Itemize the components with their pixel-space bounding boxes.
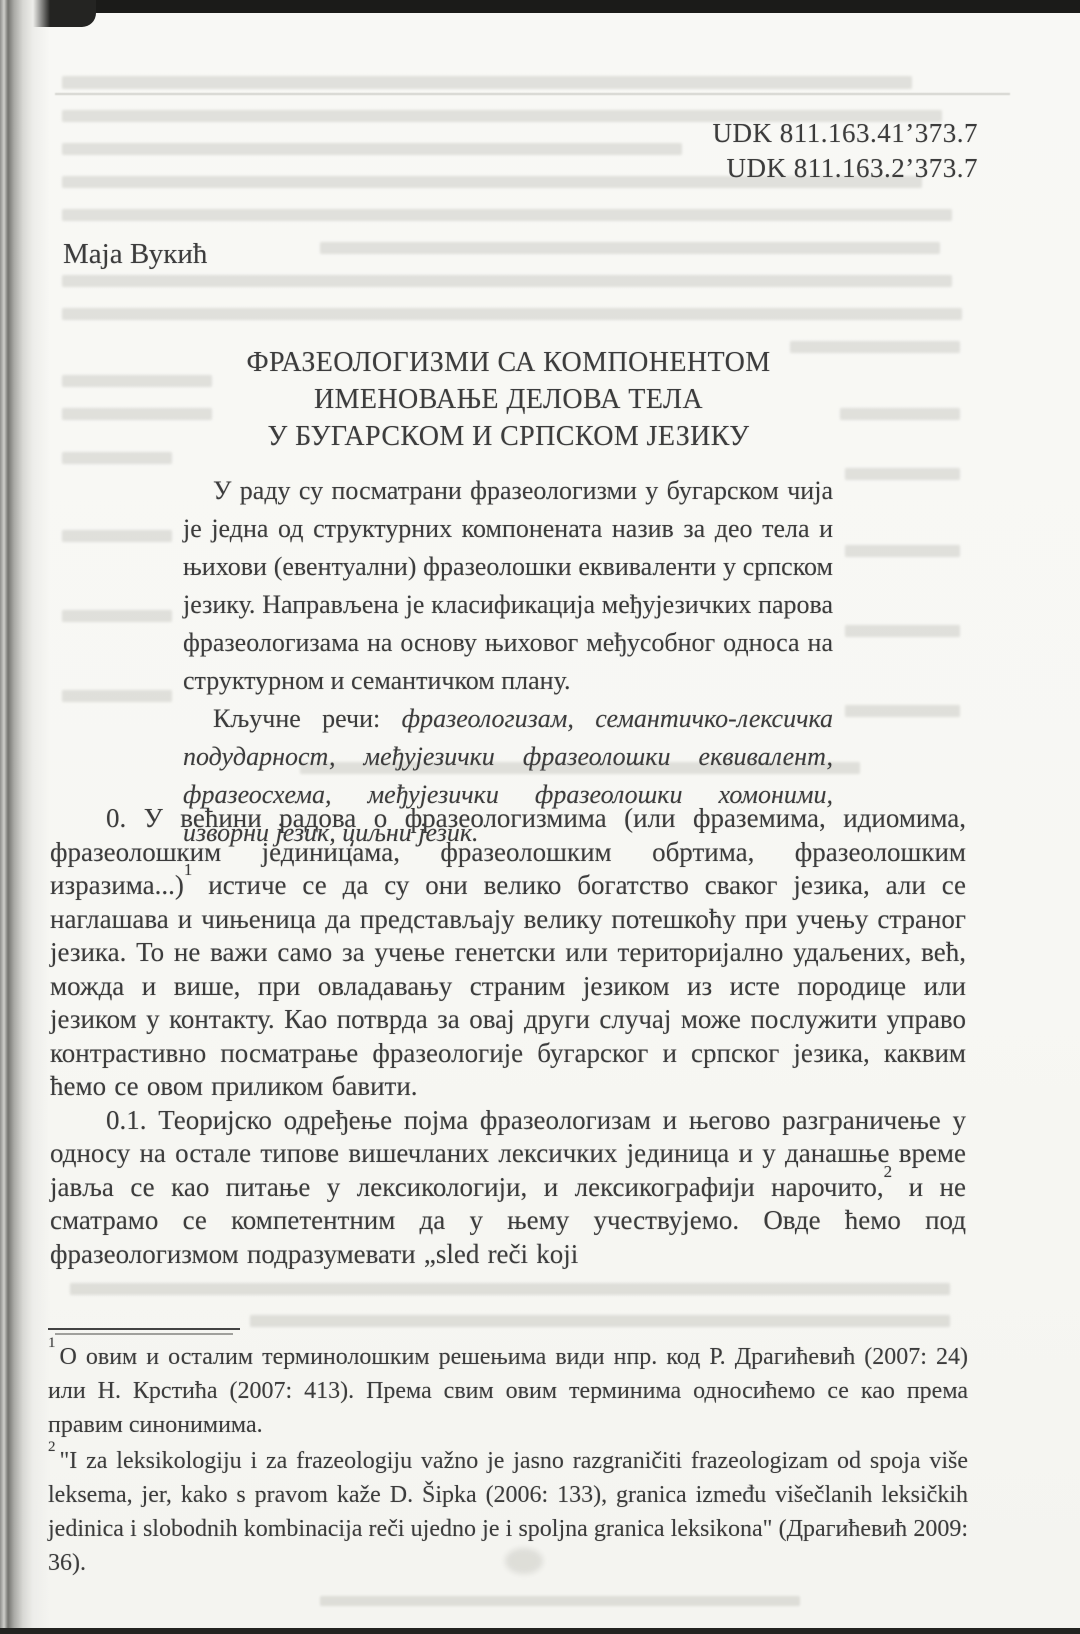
bleedthrough-ghost bbox=[845, 545, 960, 557]
bleedthrough-ghost bbox=[62, 610, 172, 622]
article-title: ФРАЗЕОЛОГИЗМИ СА КОМПОНЕНТОМ ИМЕНОВАЊЕ Д… bbox=[50, 344, 967, 455]
bleedthrough-ghost bbox=[62, 275, 952, 287]
footnote-marker: 1 bbox=[48, 1335, 56, 1351]
bleedthrough-ghost bbox=[320, 242, 940, 254]
footnote: 2"I za leksikologiju i za frazeologiju v… bbox=[48, 1444, 968, 1580]
title-line: У БУГАРСКОМ И СРПСКОМ ЈЕЗИКУ bbox=[50, 418, 967, 455]
abstract-block: У раду су посматрани фразеологизми у буг… bbox=[183, 472, 833, 852]
bleedthrough-ghost bbox=[62, 530, 172, 542]
scanned-page: UDK 811.163.41’373.7 UDK 811.163.2’373.7… bbox=[0, 0, 1080, 1634]
author-name: Маја Вукић bbox=[63, 238, 207, 271]
bleedthrough-ghost bbox=[70, 1283, 950, 1295]
scan-edge-bottom bbox=[0, 1628, 1080, 1634]
footnote-ref-2: 2 bbox=[884, 1162, 893, 1181]
keywords-label: Кључне речи: bbox=[213, 704, 380, 733]
paragraph-text: 0.1. Теоријско одређење појма фразеологи… bbox=[50, 1105, 966, 1202]
bleedthrough-ghost bbox=[62, 76, 912, 89]
title-line: ФРАЗЕОЛОГИЗМИ СА КОМПОНЕНТОМ bbox=[50, 344, 967, 381]
article-body: 0. У већини радова о фразеологизмима (ил… bbox=[50, 802, 966, 1271]
body-paragraph: 0.1. Теоријско одређење појма фразеологи… bbox=[50, 1104, 966, 1272]
bleedthrough-ghost bbox=[320, 1596, 800, 1606]
footnote-rule bbox=[48, 1328, 240, 1330]
bleedthrough-ghost bbox=[62, 308, 962, 320]
footnote-text: "I za leksikologiju i za frazeologiju va… bbox=[48, 1448, 968, 1576]
bleedthrough-ghost bbox=[845, 705, 960, 717]
footnote-marker: 2 bbox=[48, 1439, 56, 1455]
bleedthrough-ghost bbox=[62, 690, 172, 702]
footnote-rule-shadow bbox=[55, 1333, 233, 1335]
footnote: 1О овим и осталим терминолошким решењима… bbox=[48, 1340, 968, 1442]
scan-gutter-shadow bbox=[0, 0, 52, 1634]
footnote-ref-1: 1 bbox=[184, 860, 193, 879]
bleedthrough-rule bbox=[55, 93, 1010, 95]
paragraph-text: истиче се да су они велико богатство сва… bbox=[50, 870, 966, 1101]
title-line: ИМЕНОВАЊЕ ДЕЛОВА ТЕЛА bbox=[50, 381, 967, 418]
footnotes: 1О овим и осталим терминолошким решењима… bbox=[48, 1340, 968, 1582]
footnote-text: О овим и осталим терминолошким решењима … bbox=[48, 1344, 968, 1438]
abstract-text: У раду су посматрани фразеологизми у буг… bbox=[183, 472, 833, 700]
udk-line: UDK 811.163.2’373.7 bbox=[713, 151, 979, 186]
bleedthrough-ghost bbox=[250, 1315, 950, 1327]
scan-edge-top bbox=[0, 0, 1080, 13]
bleedthrough-ghost bbox=[845, 625, 960, 637]
bleedthrough-ghost bbox=[845, 468, 960, 480]
udk-block: UDK 811.163.41’373.7 UDK 811.163.2’373.7 bbox=[713, 116, 979, 186]
bleedthrough-ghost bbox=[62, 209, 952, 221]
udk-line: UDK 811.163.41’373.7 bbox=[713, 116, 979, 151]
bleedthrough-ghost bbox=[62, 143, 682, 155]
body-paragraph: 0. У већини радова о фразеологизмима (ил… bbox=[50, 802, 966, 1104]
